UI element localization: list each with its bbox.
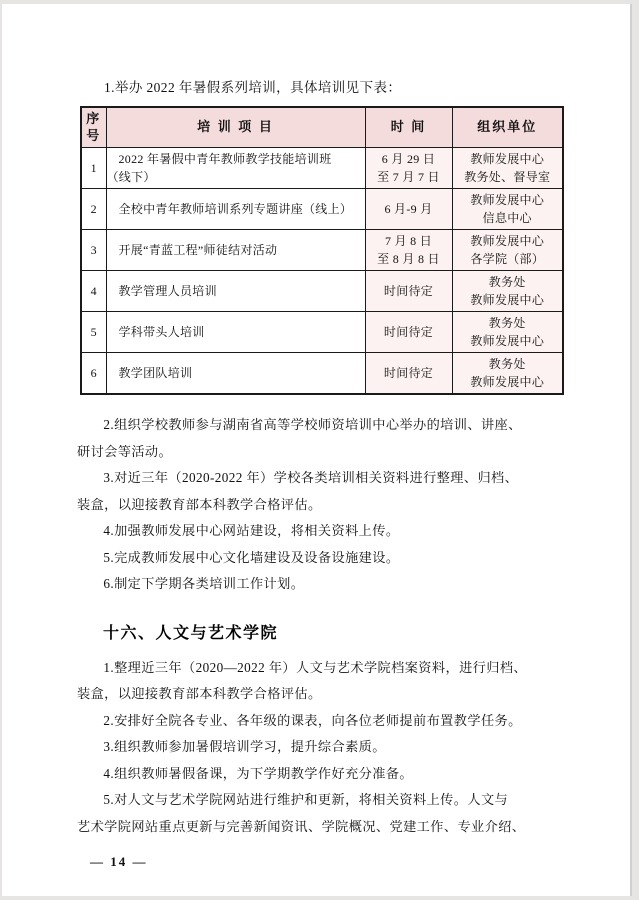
- table-row: 3 开展“青蓝工程”师徒结对活动 7 月 8 日 至 8 月 8 日 教师发展中…: [81, 230, 563, 271]
- page-content: 1.举办 2022 年暑假系列培训，具体培训见下表： 序 号 培 训 项 目 时…: [77, 78, 567, 870]
- table-header-row: 序 号 培 训 项 目 时 间 组织单位: [81, 107, 563, 148]
- cell-number: 4: [81, 271, 106, 312]
- cell-number: 1: [81, 148, 106, 189]
- table-row: 5 学科带头人培训 时间待定 教务处 教师发展中心: [81, 312, 563, 353]
- header-cell-time: 时 间: [365, 107, 452, 148]
- cell-project: 全校中青年教师培训系列专题讲座（线上）: [106, 189, 365, 230]
- paragraph: 3.组织教师参加暑假培训学习，提升综合素质。: [77, 734, 567, 761]
- table-row: 1 2022 年暑假中青年教师教学技能培训班 （线下） 6 月 29 日 至 7…: [81, 148, 563, 189]
- header-cell-number: 序 号: [81, 107, 106, 148]
- cell-project: 教学管理人员培训: [106, 271, 365, 312]
- section-heading: 十六、人文与艺术学院: [77, 620, 567, 643]
- cell-time: 时间待定: [365, 271, 452, 312]
- paragraph: 4.加强教师发展中心网站建设，将相关资料上传。: [77, 518, 567, 545]
- table-row: 6 教学团队培训 时间待定 教务处 教师发展中心: [81, 353, 563, 395]
- paragraph: 4.组织教师暑假备课，为下学期教学作好充分准备。: [77, 761, 567, 788]
- cell-number: 3: [81, 230, 106, 271]
- paragraph: 3.对近三年（2020-2022 年）学校各类培训相关资料进行整理、归档、 装盒…: [77, 465, 567, 518]
- cell-number: 5: [81, 312, 106, 353]
- paragraph: 1.整理近三年（2020—2022 年）人文与艺术学院档案资料，进行归档、 装盒…: [77, 655, 567, 708]
- table-row: 4 教学管理人员培训 时间待定 教务处 教师发展中心: [81, 271, 563, 312]
- cell-project: 开展“青蓝工程”师徒结对活动: [106, 230, 365, 271]
- paragraph: 5.完成教师发展中心文化墙建设及设备设施建设。: [77, 545, 567, 572]
- cell-time: 7 月 8 日 至 8 月 8 日: [365, 230, 452, 271]
- cell-time: 6 月-9 月: [365, 189, 452, 230]
- training-section-paragraphs: 2.组织学校教师参与湖南省高等学校师资培训中心举办的培训、讲座、 研讨会等活动。…: [77, 412, 567, 598]
- cell-organizer: 教师发展中心 信息中心: [452, 189, 563, 230]
- cell-organizer: 教务处 教师发展中心: [452, 353, 563, 395]
- paragraph: 2.组织学校教师参与湖南省高等学校师资培训中心举办的培训、讲座、 研讨会等活动。: [77, 412, 567, 465]
- cell-time: 时间待定: [365, 353, 452, 395]
- cell-number: 6: [81, 353, 106, 395]
- paragraph: 5.对人文与艺术学院网站进行维护和更新，将相关资料上传。人文与 艺术学院网站重点…: [77, 787, 567, 840]
- training-schedule-table: 序 号 培 训 项 目 时 间 组织单位 1 2022 年暑假中青年教师教学技能…: [80, 106, 564, 395]
- intro-paragraph: 1.举办 2022 年暑假系列培训，具体培训见下表：: [77, 78, 567, 98]
- cell-project: 学科带头人培训: [106, 312, 365, 353]
- header-cell-project: 培 训 项 目: [106, 107, 365, 148]
- document-page: 1.举办 2022 年暑假系列培训，具体培训见下表： 序 号 培 训 项 目 时…: [2, 4, 632, 896]
- paragraph: 6.制定下学期各类培训工作计划。: [77, 571, 567, 598]
- cell-project: 教学团队培训: [106, 353, 365, 395]
- cell-number: 2: [81, 189, 106, 230]
- cell-organizer: 教师发展中心 各学院（部）: [452, 230, 563, 271]
- cell-organizer: 教务处 教师发展中心: [452, 271, 563, 312]
- cell-organizer: 教务处 教师发展中心: [452, 312, 563, 353]
- cell-time: 6 月 29 日 至 7 月 7 日: [365, 148, 452, 189]
- cell-project: 2022 年暑假中青年教师教学技能培训班 （线下）: [106, 148, 365, 189]
- section16-paragraphs: 1.整理近三年（2020—2022 年）人文与艺术学院档案资料，进行归档、 装盒…: [77, 655, 567, 841]
- cell-organizer: 教师发展中心 教务处、督导室: [452, 148, 563, 189]
- cell-time: 时间待定: [365, 312, 452, 353]
- page-number: — 14 —: [77, 854, 567, 870]
- table-row: 2 全校中青年教师培训系列专题讲座（线上） 6 月-9 月 教师发展中心 信息中…: [81, 189, 563, 230]
- paragraph: 2.安排好全院各专业、各年级的课表，向各位老师提前布置教学任务。: [77, 708, 567, 735]
- header-cell-organizer: 组织单位: [452, 107, 563, 148]
